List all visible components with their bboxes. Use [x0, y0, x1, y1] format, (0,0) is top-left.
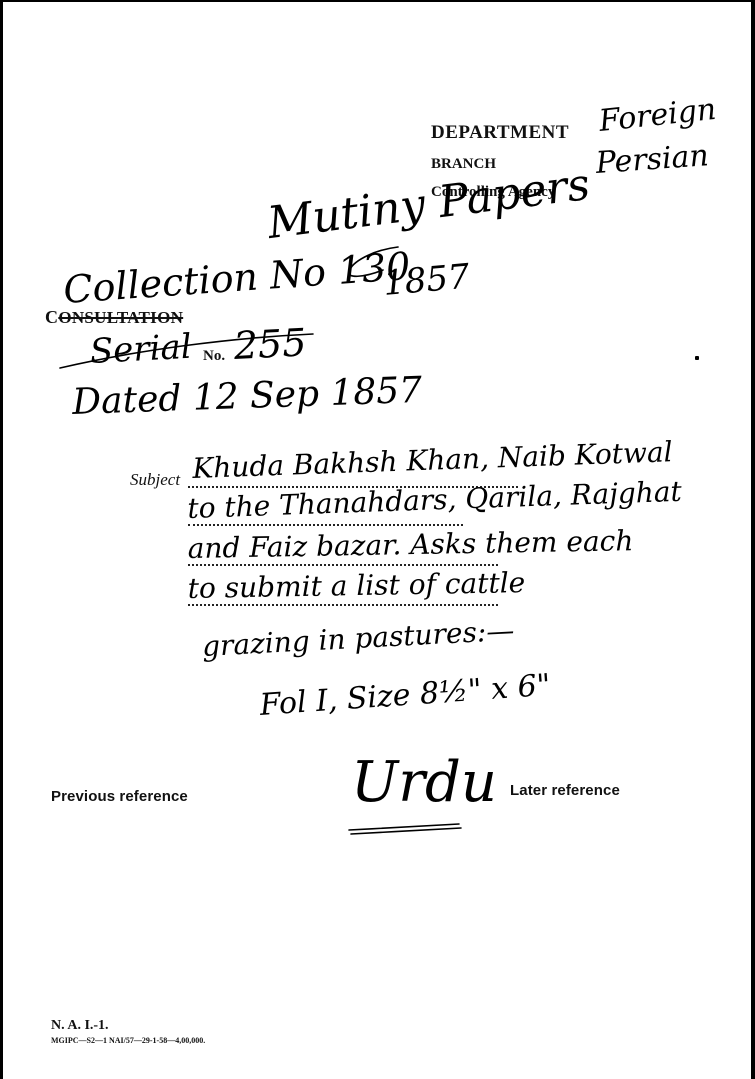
subject-dotted-line-4: [188, 604, 498, 606]
department-value-handwritten: Foreign: [597, 92, 717, 139]
collection-handwritten: Collection No 130: [62, 244, 412, 312]
subject-line-4: to submit a list of cattle: [187, 566, 525, 605]
previous-reference-label: Previous reference: [51, 788, 188, 805]
title-handwritten: Mutiny Papers: [265, 159, 593, 249]
subject-line-5: grazing in pastures:—: [201, 614, 515, 663]
serial-number-handwritten: 255: [233, 320, 308, 368]
later-reference-label: Later reference: [510, 782, 620, 799]
consultation-label: CONSULTATION: [45, 307, 183, 328]
subject-dotted-line-3: [188, 564, 498, 566]
branch-value-handwritten: Persian: [595, 138, 710, 181]
language-handwritten: Urdu: [351, 750, 497, 815]
subject-dotted-line-2: [188, 524, 463, 526]
print-code: MGIPC—S2—1 NAI/57—29-1-58—4,00,000.: [51, 1036, 205, 1045]
serial-no-label: No.: [203, 348, 225, 365]
form-id: N. A. I.-1.: [51, 1018, 109, 1034]
archival-record-page: DEPARTMENT Foreign BRANCH Persian Contro…: [0, 0, 755, 1079]
serial-prefix-handwritten: Serial: [89, 327, 193, 372]
dated-handwritten: Dated 12 Sep 1857: [72, 370, 423, 423]
subject-label: Subject: [130, 470, 180, 490]
consultation-label-struck: ONSULTATION: [58, 308, 183, 327]
consultation-label-initial: C: [45, 307, 58, 327]
folio-size-note: Fol I, Size 8½" x 6": [259, 668, 552, 723]
stray-mark: [695, 356, 699, 360]
subject-line-3: and Faiz bazar. Asks them each: [187, 524, 633, 565]
department-label: DEPARTMENT: [431, 122, 569, 144]
language-double-underline-icon: [347, 822, 467, 838]
